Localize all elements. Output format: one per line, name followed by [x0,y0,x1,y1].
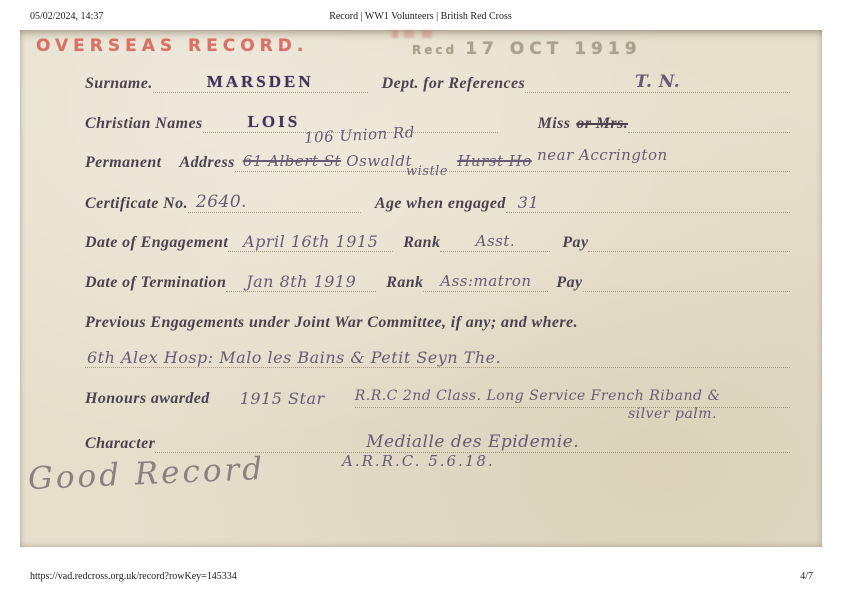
certificate-row: Certificate No. 2640. Age when engaged 3… [85,192,790,213]
permanent-label: Permanent [85,154,162,172]
permanent-address-row: Permanent Address 61 Albert St Oswaldtwi… [85,152,790,172]
previous-engagements-value: 6th Alex Hosp: Malo les Bains & Petit Se… [85,348,790,368]
dept-for-references-value: T. N. [525,72,790,93]
honours-row: Honours awarded 1915 Star R.R.C 2nd Clas… [85,388,790,408]
previous-engagements-label: Previous Engagements under Joint War Com… [85,314,578,332]
christian-names-row: Christian Names LOIS Miss or Mrs. [85,112,790,133]
honours-value-silver-palm: silver palm. [628,406,717,422]
arrc-note: A.R.R.C. 5.6.18. [342,452,495,470]
record-card-scan: OVERSEAS RECORD. Recd 17 OCT 1919 Surnam… [20,30,822,547]
miss-mrs-struck: or Mrs. [576,115,628,133]
print-header-title: Record | WW1 Volunteers | British Red Cr… [0,11,841,22]
address-label: Address [180,154,235,172]
pay2-leader [583,272,791,292]
rank2-value: Ass:matron [423,272,548,292]
miss-label: Miss [538,115,571,133]
received-stamp-prefix: Recd [412,43,457,57]
age-value: 31 [506,193,790,213]
character-value: Good Record [27,451,266,497]
surname-value: MARSDEN [153,72,368,93]
pay-label: Pay [562,234,588,252]
miss-mrs-leader [628,113,790,133]
rank2-label: Rank [386,274,423,292]
print-footer-page-number: 4/7 [800,571,813,582]
overseas-record-stamp: OVERSEAS RECORD. [36,36,308,56]
address-struck-value: 61 Albert St [243,152,341,170]
character-row: Character Medialle des Epidemie. [85,432,790,453]
rank-label: Rank [403,234,440,252]
age-when-engaged-label: Age when engaged [375,195,506,213]
honours-value-rrc: R.R.C 2nd Class. Long Service French Rib… [355,388,790,408]
pay-leader [588,232,790,252]
engagement-row: Date of Engagement April 16th 1915 Rank … [85,232,790,252]
faint-red-stamp-mark [392,30,452,38]
address-town-sub: wistle [406,164,448,179]
rank-value: Asst. [440,232,550,252]
medal-note: Medialle des Epidemie. [155,432,790,453]
certificate-no-label: Certificate No. [85,195,188,213]
pay2-label: Pay [556,274,582,292]
received-stamp-date: 17 OCT 1919 [465,39,641,59]
termination-date-value: Jan 8th 1919 [226,272,376,292]
christian-names-label: Christian Names [85,115,203,133]
termination-row: Date of Termination Jan 8th 1919 Rank As… [85,272,790,292]
address-struck-value-2: Hurst Ho [457,152,532,170]
certificate-no-value: 2640. [188,192,361,213]
engagement-date-value: April 16th 1915 [228,232,393,252]
received-date-stamp: Recd 17 OCT 1919 [412,39,642,59]
address-town: Oswaldt [346,152,412,170]
honours-awarded-label: Honours awarded [85,390,210,408]
surname-label: Surname. [85,75,153,93]
address-value: 61 Albert St Oswaldtwistle Hurst Ho near… [235,152,790,172]
honours-value-star: 1915 Star [210,389,355,408]
date-of-termination-label: Date of Termination [85,274,226,292]
previous-engagements-row: Previous Engagements under Joint War Com… [85,314,790,332]
address-near: near Accrington [537,146,668,164]
print-footer-url: https://vad.redcross.org.uk/record?rowKe… [30,571,237,582]
dept-for-references-label: Dept. for References [382,75,526,93]
surname-row: Surname. MARSDEN Dept. for References T.… [85,72,790,93]
previous-engagements-value-row: 6th Alex Hosp: Malo les Bains & Petit Se… [85,348,790,368]
date-of-engagement-label: Date of Engagement [85,234,228,252]
character-label: Character [85,435,155,453]
